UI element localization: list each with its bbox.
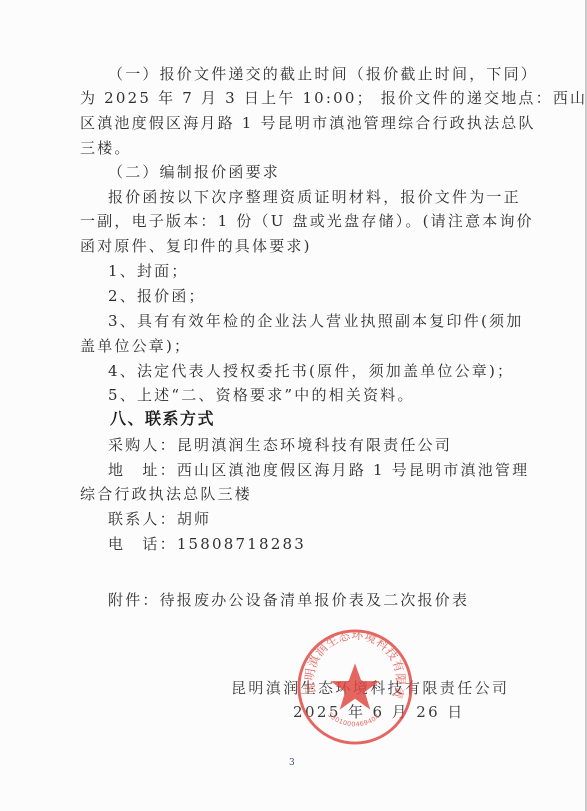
document-page: （一）报价文件递交的截止时间（报价截止时间，下同） 为 2025 年 7 月 3… [0, 0, 587, 811]
list-item-1: 1、封面； [108, 261, 189, 281]
deadline-line-4: 三楼。 [80, 138, 132, 158]
list-item-3-line-1: 3、具有有效年检的企业法人营业执照副本复印件(须加 [108, 311, 523, 331]
attachment-note: 附件：待报废办公设备清单报价表及二次报价表 [108, 590, 469, 610]
contact-person-row: 联系人：胡师 [108, 509, 211, 529]
contact-label: 联系人： [108, 510, 177, 528]
requirements-line-1: 报价函按以下次序整理资质证明材料，报价文件为一正 [108, 187, 521, 207]
requirements-line-3: 函对原件、复印件的具体要求) [80, 236, 312, 256]
subsection-title: （二）编制报价函要求 [108, 162, 280, 182]
address-row: 地 址：西山区滇池度假区海月路 1 号昆明市滇池管理 [108, 460, 529, 480]
deadline-line-1: （一）报价文件递交的截止时间（报价截止时间，下同） [108, 64, 538, 84]
list-item-2: 2、报价函； [108, 286, 206, 306]
list-item-4: 4、法定代表人授权委托书(原件，须加盖单位公章)； [108, 361, 514, 381]
phone-label: 电 话： [108, 535, 177, 553]
phone-value: 15808718283 [177, 535, 306, 553]
deadline-line-3: 区滇池度假区海月路 1 号昆明市滇池管理综合行政执法总队 [80, 113, 536, 133]
contact-heading: 八、联系方式 [110, 409, 215, 429]
purchaser-value: 昆明滇润生态环境科技有限责任公司 [177, 436, 452, 454]
address-value: 西山区滇池度假区海月路 1 号昆明市滇池管理 [177, 461, 529, 479]
phone-row: 电 话：15808718283 [108, 534, 306, 554]
address-continued: 综合行政执法总队三楼 [80, 484, 252, 504]
address-label: 地 址： [108, 461, 177, 479]
company-seal-icon: 昆明滇润生态环境科技有限责任公司 5301000469404 [296, 628, 414, 746]
svg-text:5301000469404: 5301000469404 [326, 711, 382, 729]
list-item-3-line-2: 盖单位公章)； [80, 336, 191, 356]
requirements-line-2: 一副，电子版本：1 份（U 盘或光盘存储）。(请注意本询价 [80, 211, 534, 231]
contact-value: 胡师 [177, 510, 211, 528]
list-item-5: 5、上述“二、资格要求”中的相关资料。 [108, 385, 415, 405]
purchaser-label: 采购人： [108, 436, 177, 454]
page-number: 3 [289, 758, 295, 768]
deadline-line-2: 为 2025 年 7 月 3 日上午 10:00； 报价文件的递交地点：西山 [80, 88, 587, 108]
purchaser-row: 采购人：昆明滇润生态环境科技有限责任公司 [108, 435, 452, 455]
